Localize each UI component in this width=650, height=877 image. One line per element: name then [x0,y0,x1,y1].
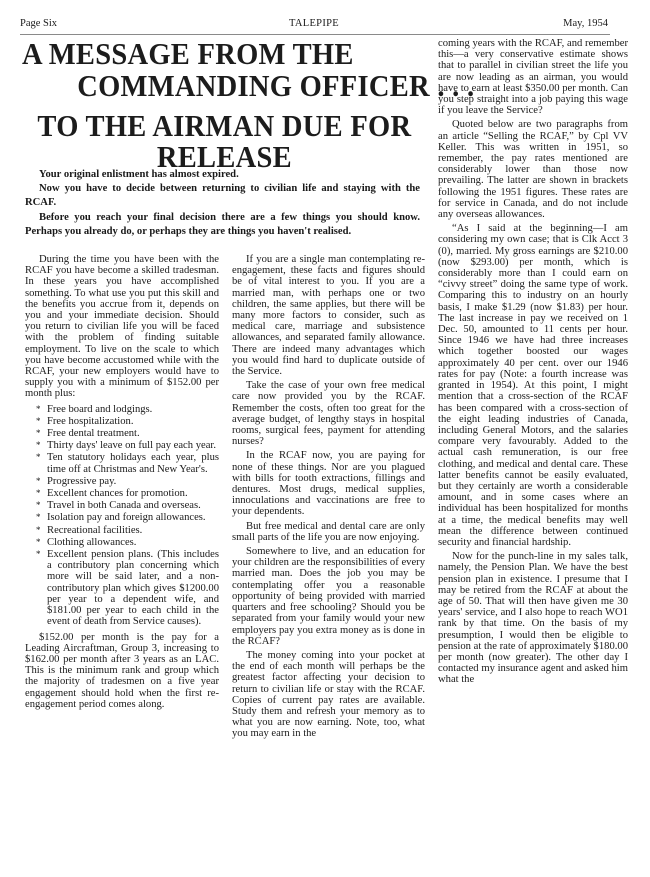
article-headline: A MESSAGE FROM THE COMMANDING OFFICER . … [22,38,395,172]
intro-paragraph: Before you reach your final decision the… [25,211,420,239]
body-paragraph: During the time you have been with the R… [25,254,219,400]
asterisk-bullet-icon: * [36,416,41,427]
benefit-item: *Free hospitalization. [47,416,219,427]
asterisk-bullet-icon: * [36,404,41,415]
benefit-item: *Ten statutory holidays each year, plus … [47,452,219,474]
asterisk-bullet-icon: * [36,452,41,463]
asterisk-bullet-icon: * [36,488,41,499]
asterisk-bullet-icon: * [36,537,41,548]
asterisk-bullet-icon: * [36,525,41,536]
body-paragraph: The money coming into your pocket at the… [232,650,425,740]
article-column-3: coming years with the RCAF, and remember… [438,18,628,689]
body-paragraph: Quoted below are two paragraphs from an … [438,119,628,220]
asterisk-bullet-icon: * [36,440,41,451]
benefit-item: *Travel in both Canada and overseas. [47,500,219,511]
body-paragraph: In the RCAF now, you are paying for none… [232,450,425,517]
benefit-item: *Clothing allowances. [47,537,219,548]
intro-paragraph: Your original enlistment has almost expi… [25,168,420,182]
newspaper-page: Page Six TALEPIPE May, 1954 A MESSAGE FR… [0,0,650,877]
benefit-item: *Free board and lodgings. [47,404,219,415]
quoted-paragraph: “As I said at the beginning—I am conside… [438,223,628,548]
body-paragraph: If you are a single man contemplating re… [232,254,425,377]
benefit-item: *Isolation pay and foreign allowances. [47,512,219,523]
body-paragraph: Take the case of your own free medical c… [232,380,425,447]
benefit-item: *Excellent chances for promotion. [47,488,219,499]
quoted-paragraph: Now for the punch-line in my sales talk,… [438,551,628,685]
benefit-item: *Progressive pay. [47,476,219,487]
intro-paragraph: Now you have to decide between returning… [25,182,420,210]
benefits-list: *Free board and lodgings. *Free hospital… [25,404,219,628]
headline-line-2: COMMANDING OFFICER . . . [77,70,394,102]
article-column-2: If you are a single man contemplating re… [232,254,425,743]
article-column-1: During the time you have been with the R… [25,254,219,713]
asterisk-bullet-icon: * [36,428,41,439]
benefit-item: *Recreational facilities. [47,525,219,536]
subheadline: TO THE AIRMAN DUE FOR RELEASE [22,110,427,172]
asterisk-bullet-icon: * [36,476,41,487]
benefit-item: *Excellent pension plans. (This includes… [47,549,219,627]
body-paragraph: Somewhere to live, and an education for … [232,546,425,647]
headline-line-1: A MESSAGE FROM THE [22,38,395,70]
benefit-item: *Free dental treatment. [47,428,219,439]
asterisk-bullet-icon: * [36,500,41,511]
body-paragraph: $152.00 per month is the pay for a Leadi… [25,632,219,710]
article-intro: Your original enlistment has almost expi… [25,168,420,239]
benefit-item: *Thirty days' leave on full pay each yea… [47,440,219,451]
asterisk-bullet-icon: * [36,549,41,560]
body-paragraph: coming years with the RCAF, and remember… [438,38,628,116]
asterisk-bullet-icon: * [36,512,41,523]
body-paragraph: But free medical and dental care are onl… [232,521,425,543]
